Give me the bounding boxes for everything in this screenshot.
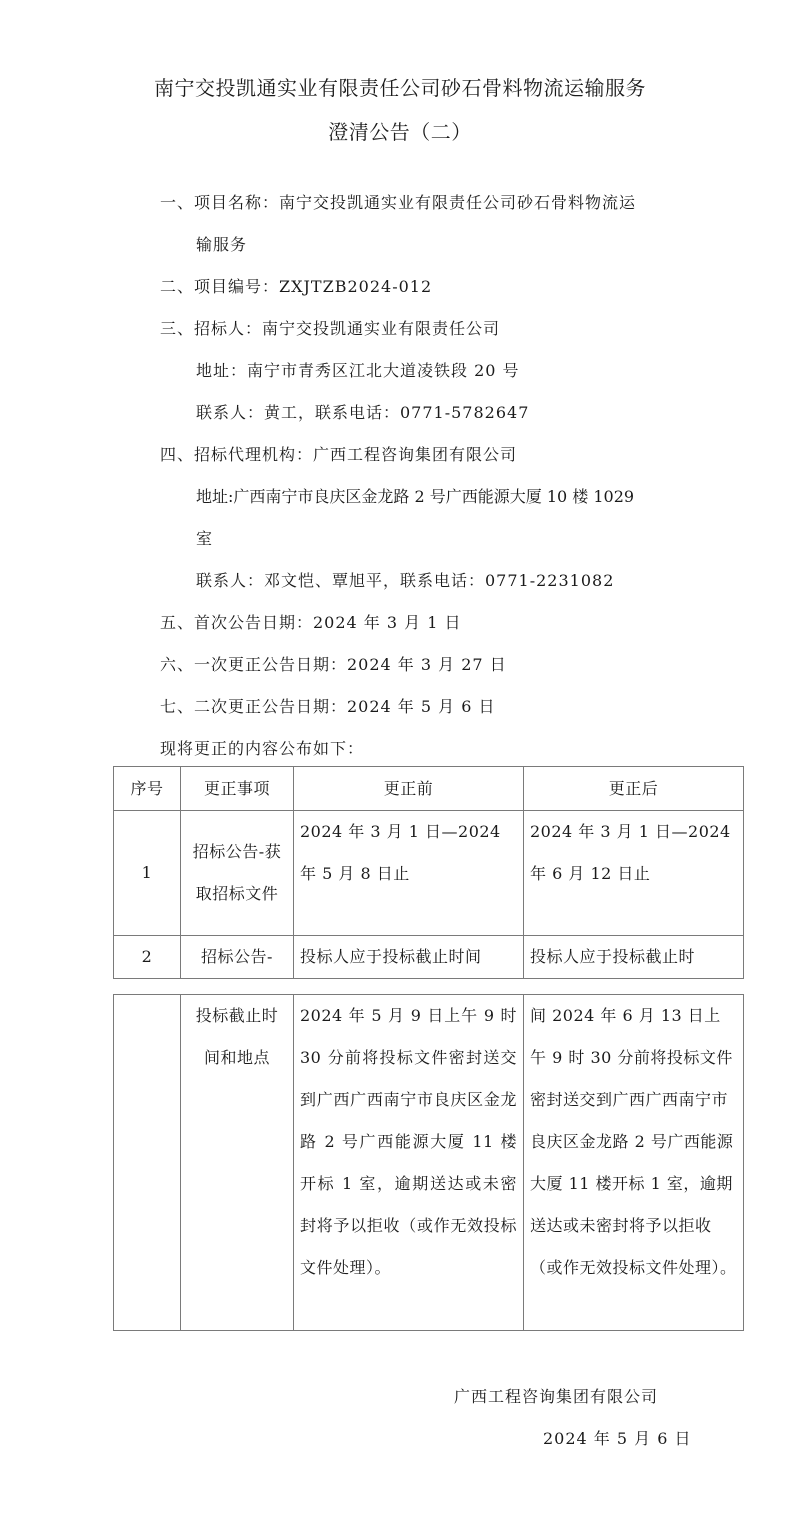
agency-address-line1: 地址:广西南宁市良庆区金龙路 2 号广西能源大厦 10 楼 1029 (196, 484, 634, 507)
row2-before-part2: 2024 年 5 月 9 日上午 9 时 30 分前将投标文件密封送交到广西广西… (294, 995, 524, 1331)
row1-no: 1 (114, 811, 181, 936)
project-name-line1: 一、项目名称：南宁交投凯通实业有限责任公司砂石骨料物流运 (160, 190, 636, 213)
header-after: 更正后 (524, 767, 744, 811)
row2-no-cont (114, 995, 181, 1331)
tenderer-contact: 联系人：黄工，联系电话：0771-5782647 (196, 400, 529, 423)
row2-no: 2 (114, 936, 181, 979)
row2-item-part2: 投标截止时间和地点 (181, 995, 294, 1331)
header-no: 序号 (114, 767, 181, 811)
row2-after-part2: 间 2024 年 6 月 13 日上午 9 时 30 分前将投标文件密封送交到广… (524, 995, 744, 1331)
table-row: 投标截止时间和地点 2024 年 5 月 9 日上午 9 时 30 分前将投标文… (114, 995, 744, 1331)
header-item: 更正事项 (181, 767, 294, 811)
project-number: 二、项目编号：ZXJTZB2024-012 (160, 274, 432, 297)
correction-intro: 现将更正的内容公布如下： (160, 736, 364, 759)
agency-contact: 联系人：邓文恺、覃旭平，联系电话：0771-2231082 (196, 568, 614, 591)
first-notice-date: 五、首次公告日期：2024 年 3 月 1 日 (160, 610, 462, 633)
row2-after-part1: 投标人应于投标截止时 (524, 936, 744, 979)
tenderer: 三、招标人：南宁交投凯通实业有限责任公司 (160, 316, 500, 339)
document-title-line1: 南宁交投凯通实业有限责任公司砂石骨料物流运输服务 (0, 72, 800, 101)
document-title-line2: 澄清公告（二） (0, 116, 800, 145)
table-row: 1 招标公告-获取招标文件 2024 年 3 月 1 日—2024 年 5 月 … (114, 811, 744, 936)
row2-before-part1: 投标人应于投标截止时间 (294, 936, 524, 979)
project-name-line2: 输服务 (196, 232, 247, 255)
table-row: 2 招标公告- 投标人应于投标截止时间 投标人应于投标截止时 (114, 936, 744, 979)
agency: 四、招标代理机构：广西工程咨询集团有限公司 (160, 442, 517, 465)
row1-before: 2024 年 3 月 1 日—2024 年 5 月 8 日止 (294, 811, 524, 936)
row1-item: 招标公告-获取招标文件 (181, 811, 294, 936)
table-header-row: 序号 更正事项 更正前 更正后 (114, 767, 744, 811)
row1-after: 2024 年 3 月 1 日—2024 年 6 月 12 日止 (524, 811, 744, 936)
agency-address-line2: 室 (196, 526, 213, 549)
header-before: 更正前 (294, 767, 524, 811)
signature-date: 2024 年 5 月 6 日 (543, 1426, 692, 1449)
row2-item-part1: 招标公告- (181, 936, 294, 979)
first-correction-date: 六、一次更正公告日期：2024 年 3 月 27 日 (160, 652, 507, 675)
signature-org: 广西工程咨询集团有限公司 (454, 1384, 658, 1407)
correction-table-part2: 投标截止时间和地点 2024 年 5 月 9 日上午 9 时 30 分前将投标文… (113, 994, 744, 1331)
tenderer-address: 地址：南宁市青秀区江北大道凌铁段 20 号 (196, 358, 520, 381)
second-correction-date: 七、二次更正公告日期：2024 年 5 月 6 日 (160, 694, 496, 717)
correction-table-part1: 序号 更正事项 更正前 更正后 1 招标公告-获取招标文件 2024 年 3 月… (113, 766, 744, 979)
